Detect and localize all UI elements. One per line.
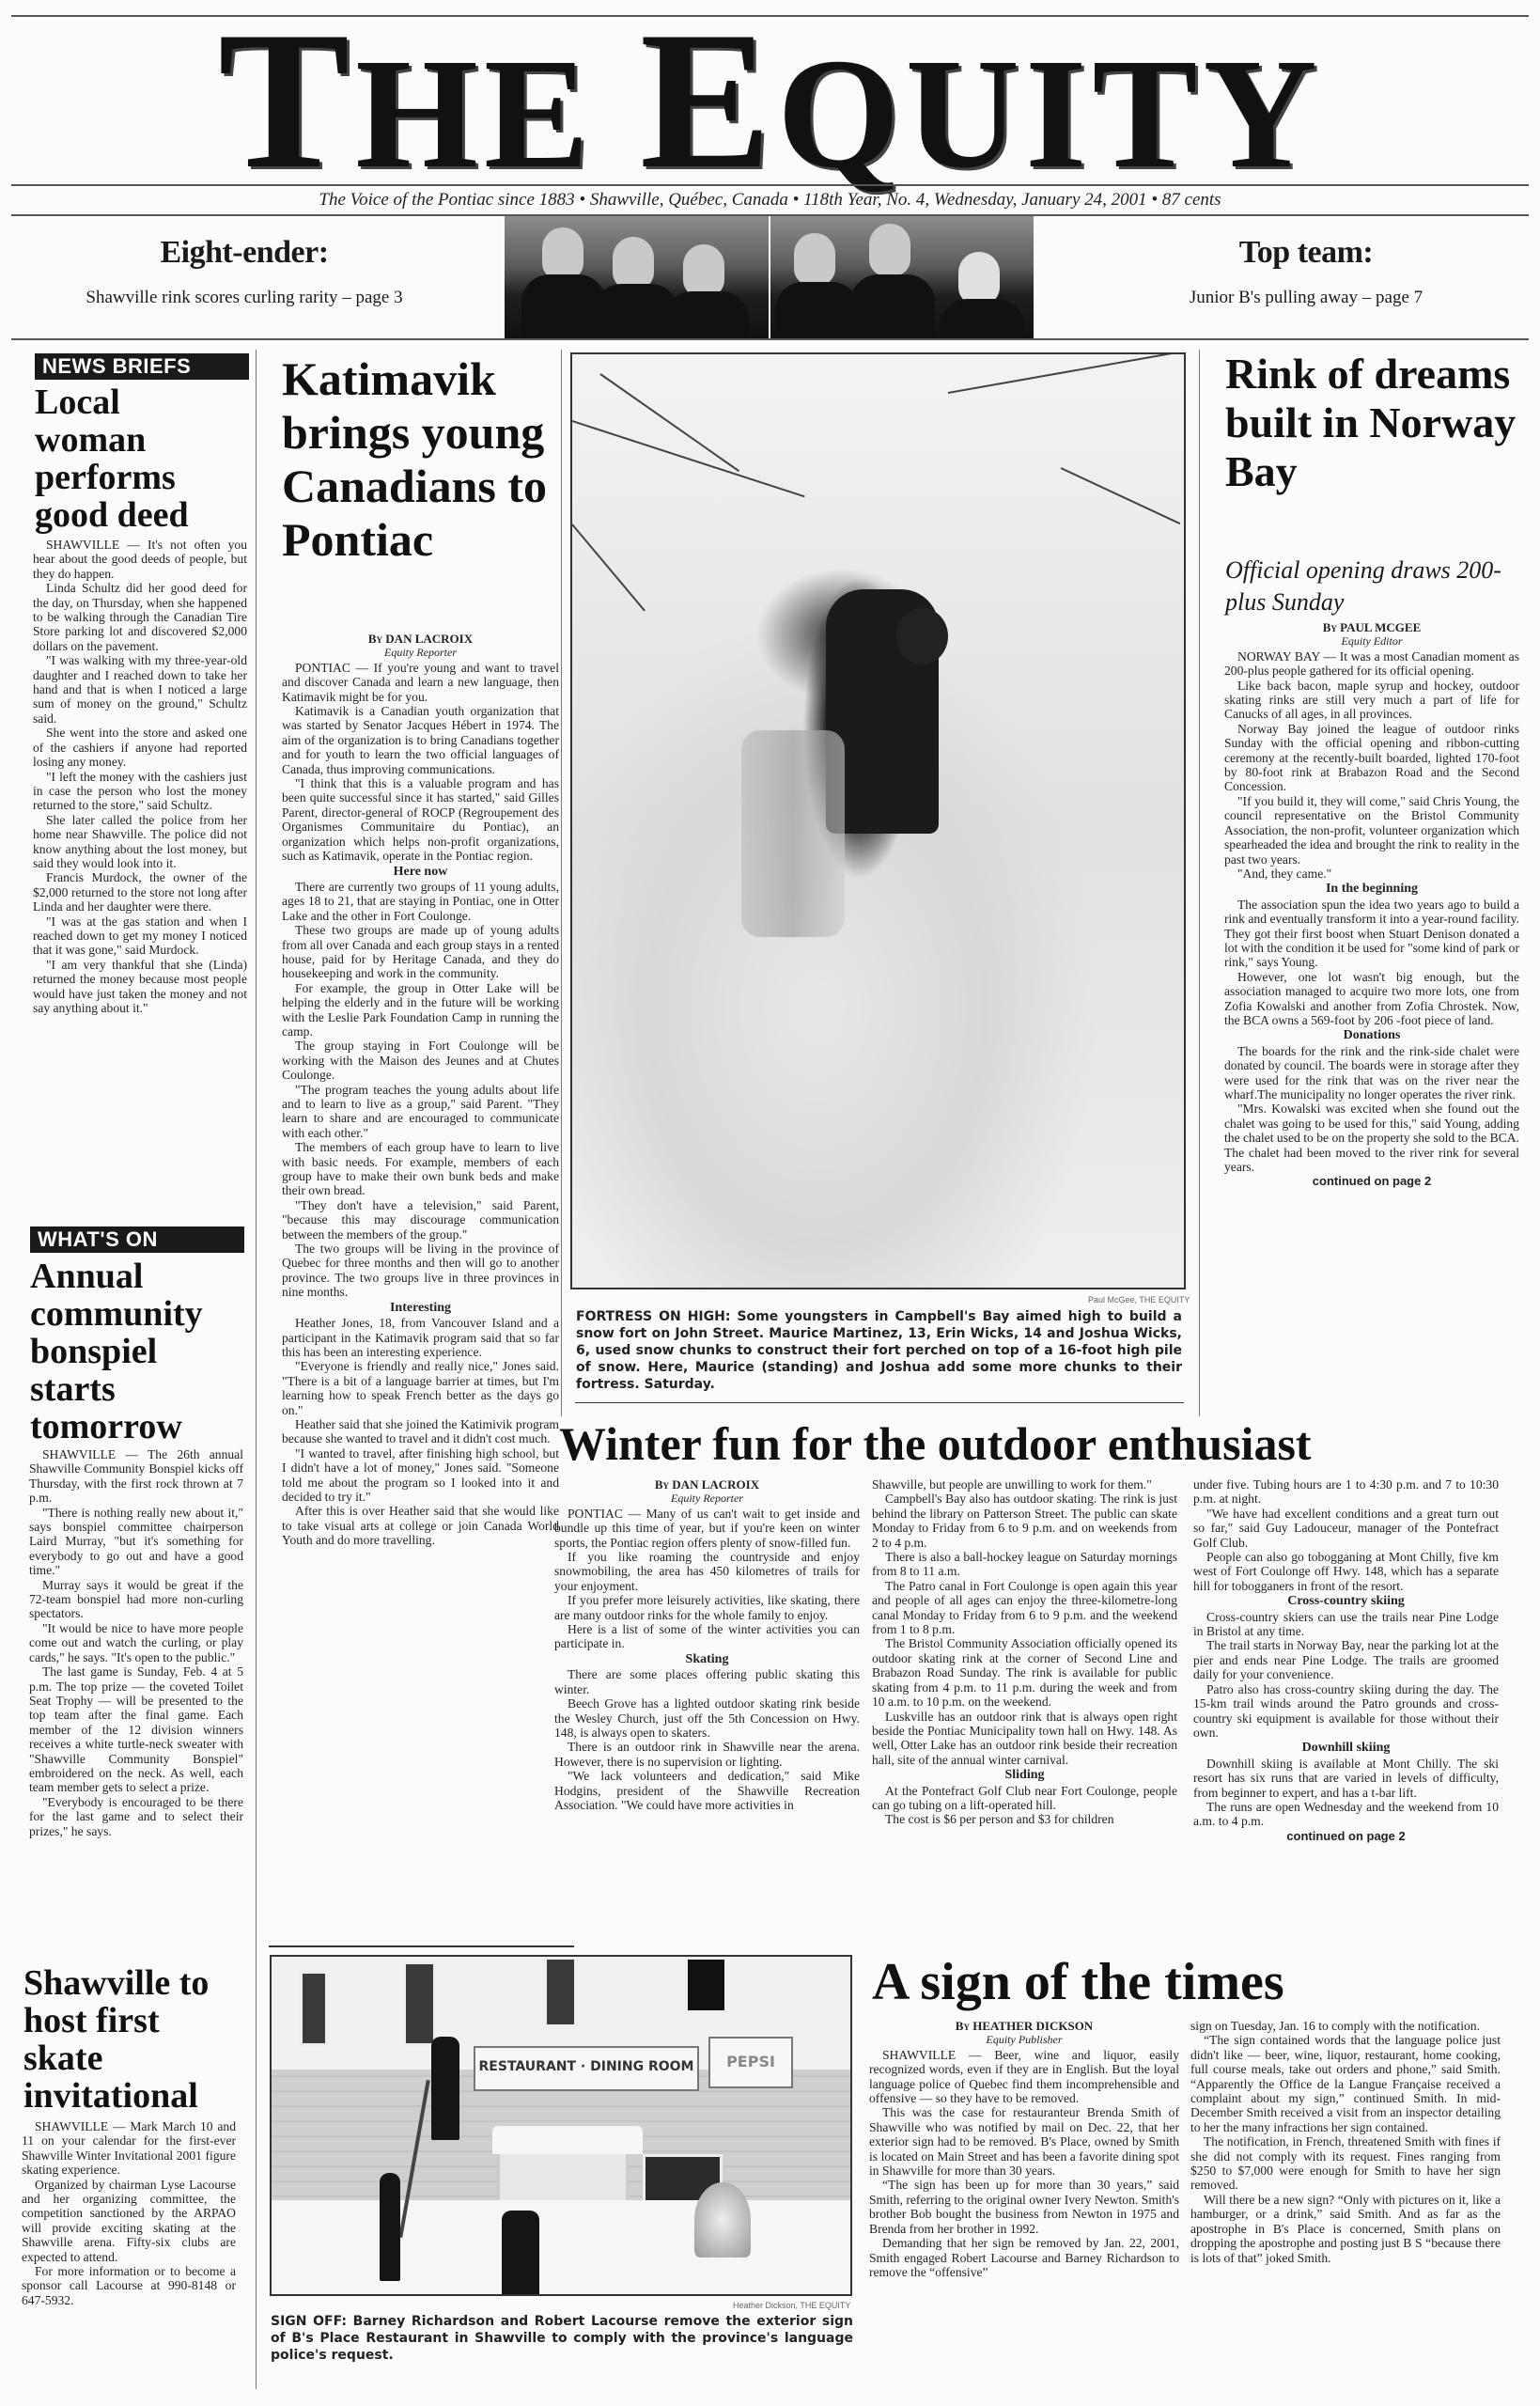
teaser-right-sub: Junior B's pulling away – page 7 [1099, 288, 1513, 308]
winter-bottom-rule [269, 1945, 574, 1947]
masthead-mid-rule [11, 184, 1529, 186]
news-briefs-tag: NEWS BRIEFS [35, 353, 249, 380]
rink-byline: By PAUL MCGEE [1224, 620, 1519, 634]
katimavik-headline[interactable]: Katimavik brings young Canadians to Pont… [282, 352, 554, 567]
winter-byline: By DAN LACROIX [554, 1477, 860, 1492]
whats-on-tag: WHAT'S ON [30, 1226, 244, 1253]
restaurant-sign: RESTAURANT · DINING ROOM [474, 2046, 699, 2091]
skate-headline[interactable]: Shawville to host first skate invitation… [23, 1964, 240, 2115]
dateline: The Voice of the Pontiac since 1883 • Sh… [0, 190, 1540, 211]
winter-col-3: under five. Tubing hours are 1 to 4:30 p… [1193, 1477, 1499, 1843]
column-divider [1199, 350, 1200, 1416]
teaser-left[interactable]: Eight-ender: Shawville rink scores curli… [38, 235, 451, 308]
curling-team-photo [503, 216, 1034, 338]
teaser-left-sub: Shawville rink scores curling rarity – p… [38, 288, 451, 308]
photo-panel-left [503, 216, 769, 338]
rink-subhead: Official opening draws 200-plus Sunday [1225, 555, 1526, 618]
rink-headline[interactable]: Rink of dreams built in Norway Bay [1225, 350, 1526, 496]
sign-photo-caption: SIGN OFF: Barney Richardson and Robert L… [271, 2313, 853, 2364]
winter-col-1: By DAN LACROIX Equity Reporter PONTIAC —… [554, 1477, 860, 1812]
snow-fort-caption: FORTRESS ON HIGH: Some youngsters in Cam… [576, 1308, 1182, 1393]
snow-fort-photo-credit: Paul McGee, THE EQUITY [1088, 1295, 1190, 1305]
caption-rule [575, 1402, 1184, 1403]
masthead-title: THE EQUITY [19, 21, 1522, 180]
column-divider [256, 350, 257, 2389]
teaser-right[interactable]: Top team: Junior B's pulling away – page… [1099, 235, 1513, 308]
winter-byline-title: Equity Reporter [554, 1492, 860, 1506]
whats-on-body: SHAWVILLE — The 26th annual Shawville Co… [29, 1447, 243, 1838]
teaser-right-head: Top team: [1099, 235, 1513, 271]
person-on-ladder [431, 2037, 459, 2140]
snow-fort-photo [570, 352, 1186, 1289]
katimavik-byline-title: Equity Reporter [282, 646, 559, 660]
teaser-left-head: Eight-ender: [38, 235, 451, 271]
news-briefs-body: SHAWVILLE — It's not often you hear abou… [33, 538, 247, 1015]
katimavik-body: By DAN LACROIX Equity Reporter PONTIAC —… [282, 632, 559, 1548]
sign-times-col-2: sign on Tuesday, Jan. 16 to comply with … [1190, 2019, 1501, 2265]
winter-continued-link[interactable]: continued on page 2 [1193, 1829, 1499, 1843]
rink-continued-link[interactable]: continued on page 2 [1224, 1174, 1519, 1188]
sign-times-col-1: By HEATHER DICKSON Equity Publisher SHAW… [869, 2019, 1179, 2279]
photo-panel-right [769, 216, 1034, 338]
sign-times-byline: By HEATHER DICKSON [869, 2019, 1179, 2033]
winter-col-2: Shawville, but people are unwilling to w… [872, 1477, 1177, 1827]
person-standing [380, 2173, 400, 2281]
sign-times-headline[interactable]: A sign of the times [872, 1953, 1530, 2011]
winter-headline[interactable]: Winter fun for the outdoor enthusiast [559, 1417, 1527, 1470]
sign-times-byline-title: Equity Publisher [869, 2033, 1179, 2047]
whats-on-headline[interactable]: Annual community bonspiel starts tomorro… [30, 1258, 232, 1445]
header-bottom-rule [11, 338, 1529, 340]
katimavik-byline: By DAN LACROIX [282, 632, 559, 646]
news-briefs-headline[interactable]: Local woman performs good deed [35, 383, 223, 534]
pepsi-sign: PEPSI [708, 2037, 793, 2088]
skate-body: SHAWVILLE — Mark March 10 and 11 on your… [22, 2119, 236, 2307]
sign-photo-credit: Heather Dickson, THE EQUITY [733, 2301, 850, 2310]
rink-byline-title: Equity Editor [1224, 634, 1519, 648]
person-walking [502, 2211, 539, 2296]
rink-body: By PAUL MCGEE Equity Editor NORWAY BAY —… [1224, 620, 1519, 1189]
restaurant-sign-photo: RESTAURANT · DINING ROOM PEPSI [270, 1955, 852, 2296]
column-divider [561, 350, 562, 1416]
